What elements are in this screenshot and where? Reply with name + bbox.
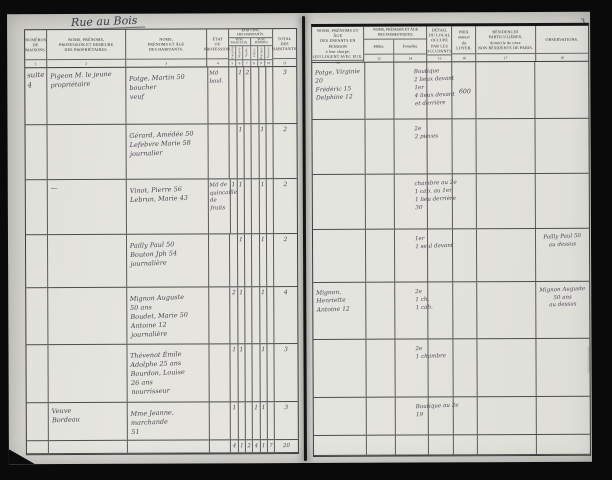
header-label: TOTAL DES HABITANTS. (273, 29, 296, 58)
rent-price-cell (453, 229, 477, 281)
total-handwriting: 3 (273, 67, 296, 77)
subcolumn-mariees: Mariées. (258, 46, 265, 59)
house-number-cell (27, 403, 49, 440)
column-total-cell: 7 (268, 440, 275, 452)
census-row: —Vinot, Pierre 56 Lebrun, Marie 43Md de … (26, 179, 297, 235)
count-handwriting: 1 (230, 179, 236, 189)
servants-subcolumns: Mâles. Femelles. (365, 39, 427, 54)
total-handwriting: 2 (274, 179, 297, 189)
children-cell (314, 398, 367, 435)
header-label: NOMS, PRÉNOMS, PROFESSION ET DEMEURE DES… (47, 30, 125, 59)
observations-handwriting: Pailly Paul 50 au dessus (536, 228, 589, 250)
total-cell: 2 (274, 124, 297, 178)
servants-males-cell (365, 120, 395, 174)
profession-cell (209, 344, 231, 401)
left-page-table: NUMÉROS DE MAISONS. 1 NOMS, PRÉNOMS, PRO… (24, 28, 299, 455)
column-total-cell: 4 (231, 440, 238, 452)
observations-cell: Mignon Auguste 50 ans au dessus (537, 282, 590, 338)
count-handwriting: 1 (260, 234, 266, 244)
header-owners: NOMS, PRÉNOMS, PROFESSION ET DEMEURE DES… (47, 30, 126, 67)
header-column-index: 17 (476, 53, 534, 61)
owner-cell (48, 235, 128, 287)
subcolumn-label: Veuves. (267, 46, 271, 58)
servants-females-label: Femelles. (394, 39, 427, 54)
rent-price-cell: 600 (452, 62, 476, 118)
count-handwriting: 1 (260, 344, 266, 354)
column-total-handwriting: 1 (260, 440, 266, 451)
house-number-cell (26, 235, 48, 287)
count-handwriting: 1 (231, 402, 237, 412)
subcolumn-garcons: Garçons. (229, 46, 236, 59)
premises-detail-cell: 2e 1 ch. 1 cab. (428, 282, 453, 338)
residences-cell (477, 339, 537, 396)
rent-price-cell (453, 282, 477, 338)
header-column-index: 7 (244, 60, 251, 66)
house-number-cell (26, 345, 48, 402)
observations-cell (536, 119, 589, 173)
inhabitants-handwriting: Thévenot Émile Adolphe 25 ans Bourdon, L… (127, 343, 209, 398)
owner-handwriting: Pigeon M. le jeune propriétaire (47, 66, 126, 90)
servants-males-label: Mâles. (365, 39, 395, 54)
rent-price-cell (454, 339, 478, 396)
profession-cell (209, 287, 231, 343)
premises-detail-cell: 2e 1 chambre (429, 339, 454, 396)
header-label: NOMS, PRÉNOMS ET ÂGE DES HABITANTS. (126, 29, 206, 58)
owner-cell (47, 125, 127, 179)
inhabitants-handwriting: Gérard, Amédée 50 Lefebvre Marie 58 jour… (126, 123, 208, 159)
total-cell: 3 (273, 67, 296, 123)
subcolumn-veufs: Veufs. (244, 46, 251, 59)
count-handwriting: 2 (244, 67, 250, 77)
sexe-feminin-label: SEXE FÉMININ. (251, 38, 273, 45)
total-cell: 3 (275, 344, 298, 401)
totals-row: 41241720 (27, 440, 298, 454)
right-table-header: NOMS, PRÉNOMS ET ÂGE DES ENFANTS EN PENS… (312, 26, 588, 63)
servants-males-cell (366, 340, 396, 397)
inhabitants-cell: Mme Jeanne, marchande 51 (128, 402, 210, 439)
total-handwriting: 4 (274, 287, 297, 297)
left-table-body: suite 4Pigeon M. le jeune propriétairePo… (25, 67, 298, 454)
column-total-handwriting: 4 (253, 440, 259, 451)
header-column-index: 1 (25, 59, 46, 67)
column-total-cell: 1 (260, 440, 267, 452)
count-handwriting: 1 (238, 344, 244, 354)
observations-cell: Pailly Paul 50 au dessus (536, 229, 589, 281)
children-handwriting: Potge, Virginie 20 Frédéric 15 Delphine … (312, 62, 365, 104)
sexe-masculin-label: SEXE MASCULIN. (229, 38, 251, 45)
empty-cell (128, 440, 209, 452)
subcolumn-maries: Mariés. (236, 46, 243, 59)
column-total-cell: 1 (239, 440, 246, 452)
servants-males-cell (365, 175, 395, 229)
header-rent-price: PRIX annuel du LOYER. 16 (453, 26, 477, 61)
census-row: chambre au 2e 1 cab. au 1er 1 lieu derri… (313, 174, 589, 230)
header-column-index: 4 (207, 58, 228, 66)
count-handwriting: 1 (260, 287, 266, 297)
profession-cell: Md de quincaille de fruits (208, 179, 230, 233)
count-handwriting: 1 (238, 234, 244, 244)
count-handwriting: 2 (231, 287, 237, 297)
profession-handwriting: Md boul. (208, 67, 230, 86)
profession-handwriting: Md de quincaille de fruits (208, 179, 230, 214)
count-handwriting: 1 (238, 287, 244, 297)
owner-cell (48, 288, 128, 344)
house-number-cell (26, 288, 48, 344)
observations-handwriting: Mignon Auguste 50 ans au dessus (536, 281, 590, 311)
count-handwriting: 1 (260, 402, 266, 412)
rent-price-handwriting: 600 (452, 62, 475, 97)
census-row: Pailly Paul 50 Bouton Jph 54 journalière… (26, 234, 297, 288)
census-row: 1er 1 seul devantPailly Paul 50 au dessu… (313, 229, 589, 283)
owner-handwriting: — (47, 178, 126, 193)
premises-detail-cell: Boutique 2 lieux devant 1er 4 lieux deva… (427, 62, 452, 118)
census-row: 2e 2 pièces (312, 119, 588, 175)
count-handwriting: 1 (237, 67, 243, 77)
grand-total-cell: 20 (275, 440, 298, 452)
empty-cell (396, 435, 429, 454)
subcolumn-label: Filles. (252, 47, 256, 57)
servants-title: NOMS, PRÉNOMS ET ÂGE DES DOMESTIQUES. (365, 26, 427, 39)
owner-cell: Pigeon M. le jeune propriétaire (47, 68, 127, 124)
empty-cell (27, 441, 49, 453)
servants-males-cell (366, 283, 396, 339)
right-page-table: NOMS, PRÉNOMS ET ÂGE DES ENFANTS EN PENS… (311, 23, 591, 457)
total-cell: 2 (274, 179, 297, 233)
observations-cell (537, 397, 590, 434)
profession-cell (209, 234, 231, 286)
servants-males-cell (365, 63, 395, 119)
count-handwriting: 1 (259, 124, 265, 134)
house-number-handwriting: suite 4 (25, 68, 47, 91)
total-handwriting: 2 (274, 234, 297, 244)
empty-cell (429, 435, 454, 454)
premises-detail-cell: 2e 2 pièces (428, 119, 453, 173)
children-cell: Potge, Virginie 20 Frédéric 15 Delphine … (312, 63, 365, 119)
premises-detail-cell: chambre au 2e 1 cab. au 1er 1 lieu derri… (428, 174, 453, 228)
header-etat-civil: ÉTAT CIVIL DES HABITANTS. SEXE MASCULIN.… (229, 29, 273, 66)
residences-cell (476, 119, 536, 173)
profession-cell: Md boul. (208, 67, 230, 123)
premises-detail-cell: 1er 1 seul devant (428, 229, 453, 281)
etat-civil-subcolumns: Garçons. Mariés. Veufs. Filles. Mariées.… (229, 46, 272, 59)
street-title-handwritten: Rue au Bois (69, 13, 146, 30)
residences-cell (477, 229, 537, 281)
inhabitants-handwriting: Pailly Paul 50 Bouton Jph 54 journalière (127, 233, 209, 269)
inhabitants-handwriting: Mme Jeanne, marchande 51 (127, 401, 209, 437)
column-total-handwriting: 4 (231, 440, 237, 451)
inhabitants-cell: Mignon Auguste 50 ans Boudet, Marie 50 A… (127, 287, 209, 343)
column-total-handwriting: 1 (239, 440, 245, 451)
census-row: Veuve BordeauMme Jeanne, marchande 51111… (27, 402, 298, 441)
subcolumn-label: Mariées. (259, 46, 263, 59)
column-total-handwriting: 2 (246, 440, 252, 451)
children-cell (313, 340, 366, 397)
header-column-index: 6 (236, 60, 243, 66)
header-label: DÉTAIL DU LOCAL OCCUPÉ PAR LES OCCUPANTS… (428, 26, 452, 54)
owner-cell: — (48, 180, 128, 234)
empty-cell (49, 441, 128, 453)
profession-cell (208, 124, 230, 178)
empty-cell (454, 435, 478, 454)
header-column-index: 13 (365, 55, 395, 62)
header-column-index: 15 (428, 54, 452, 61)
left-table-header: NUMÉROS DE MAISONS. 1 NOMS, PRÉNOMS, PRO… (25, 29, 296, 68)
total-cell: 3 (275, 402, 298, 439)
observations-cell (536, 174, 589, 228)
header-column-index: 11 (273, 58, 296, 66)
inhabitants-cell: Gérard, Amédée 50 Lefebvre Marie 58 jour… (127, 124, 209, 178)
header-observations: OBSERVATIONS. 18 (536, 26, 589, 61)
header-column-index: 14 (394, 55, 426, 62)
header-label: NOMS, PRÉNOMS ET ÂGE DES ENFANTS EN PENS… (312, 27, 364, 60)
owner-cell (48, 345, 128, 402)
empty-cell (210, 440, 232, 452)
count-handwriting: 1 (259, 179, 265, 189)
inhabitants-cell: Potge, Martin 50 boucher veuf (127, 67, 209, 123)
residences-cell (477, 282, 537, 338)
header-column-index: 8 (251, 60, 258, 66)
rent-price-cell (454, 397, 478, 434)
census-row: 2e 1 chambre (313, 339, 589, 398)
owner-cell: Veuve Bordeau (49, 403, 129, 440)
children-handwriting: Mignon, Henriette Antoine 12 (313, 282, 366, 315)
residences-cell (476, 62, 536, 118)
premises-detail-cell: Boutique au 2e 19 (429, 397, 454, 434)
census-row: Mignon, Henriette Antoine 122e 1 ch. 1 c… (313, 282, 589, 340)
profession-cell (209, 402, 231, 439)
census-row: suite 4Pigeon M. le jeune propriétairePo… (25, 67, 296, 125)
census-row: Boutique au 2e 19 (314, 397, 590, 436)
inhabitants-handwriting: Mignon Auguste 50 ans Boudet, Marie 50 A… (127, 286, 209, 341)
empty-cell (314, 436, 367, 455)
inhabitants-cell: Thévenot Émile Adolphe 25 ans Bourdon, L… (128, 344, 210, 401)
census-row: Mignon Auguste 50 ans Boudet, Marie 50 A… (26, 287, 297, 345)
census-row: Potge, Virginie 20 Frédéric 15 Delphine … (312, 62, 588, 120)
scanned-census-register: Rue au Bois 3 NUMÉROS DE MAISONS. 1 NOMS… (0, 0, 612, 480)
rent-price-cell (453, 174, 477, 228)
header-column-index: 10 (265, 60, 272, 66)
residences-cell (478, 397, 538, 434)
servants-males-cell (366, 230, 396, 282)
column-total-cell: 4 (253, 440, 260, 452)
header-label: RÉSIDENCES PARTICULIÈRES, domicile de ce… (476, 26, 534, 53)
header-label: PRIX annuel du LOYER. (453, 26, 476, 53)
header-house-numbers: NUMÉROS DE MAISONS. 1 (25, 30, 47, 67)
rent-price-cell (453, 119, 477, 173)
etat-civil-sex-band: SEXE MASCULIN. SEXE FÉMININ. (229, 38, 272, 46)
inhabitants-cell: Pailly Paul 50 Bouton Jph 54 journalière (127, 234, 209, 286)
total-handwriting: 3 (275, 402, 298, 412)
empty-cell (478, 435, 538, 454)
paper-sheet: Rue au Bois 3 NUMÉROS DE MAISONS. 1 NOMS… (7, 12, 592, 465)
header-label: OBSERVATIONS. (536, 26, 589, 53)
empty-cell (537, 435, 590, 454)
subcolumn-label: Veufs. (245, 48, 249, 58)
house-number-cell: suite 4 (25, 68, 47, 124)
header-label: ÉTAT OU PROFESSION. (207, 29, 228, 58)
column-total-handwriting: 7 (268, 440, 274, 451)
children-cell (313, 175, 366, 229)
total-handwriting: 3 (275, 344, 298, 354)
subcolumn-label: Mariés. (237, 47, 241, 58)
empty-tail-row (314, 435, 590, 456)
page-gutter-fold (302, 16, 307, 461)
inhabitants-handwriting: Potge, Martin 50 boucher veuf (126, 66, 208, 102)
header-column-index: 9 (258, 60, 265, 66)
owner-handwriting: Veuve Bordeau (48, 401, 127, 425)
empty-cell (366, 436, 396, 455)
observations-cell (536, 62, 589, 118)
header-servants: NOMS, PRÉNOMS ET ÂGE DES DOMESTIQUES. Mâ… (365, 26, 428, 61)
children-cell: Mignon, Henriette Antoine 12 (313, 283, 366, 339)
count-handwriting: 1 (238, 179, 244, 189)
subcolumn-filles: Filles. (251, 46, 258, 59)
house-number-cell (26, 180, 48, 234)
header-column-index: 16 (453, 53, 476, 61)
header-total: TOTAL DES HABITANTS. 11 (273, 29, 296, 66)
header-private-residences: RÉSIDENCES PARTICULIÈRES, domicile de ce… (476, 26, 536, 61)
header-label: NUMÉROS DE MAISONS. (25, 30, 46, 59)
total-handwriting: 2 (274, 124, 297, 134)
servants-males-cell (366, 398, 396, 435)
header-column-index: 18 (536, 53, 588, 61)
etat-civil-indexes: 5 6 7 8 9 10 (229, 59, 272, 67)
children-cell (312, 120, 365, 174)
subcolumn-label: Garçons. (230, 46, 234, 59)
servants-indexes: 13 14 (365, 54, 427, 62)
header-premises-detail: DÉTAIL DU LOCAL OCCUPÉ PAR LES OCCUPANTS… (428, 26, 453, 61)
header-children-boarders: NOMS, PRÉNOMS ET ÂGE DES ENFANTS EN PENS… (312, 27, 365, 62)
total-cell: 4 (274, 287, 297, 343)
house-number-cell (26, 125, 48, 179)
inhabitants-cell: Vinot, Pierre 56 Lebrun, Marie 43 (127, 179, 209, 233)
residences-cell (477, 174, 537, 228)
header-inhabitants: NOMS, PRÉNOMS ET ÂGE DES HABITANTS. 3 (126, 29, 207, 66)
column-total-cell: 2 (246, 440, 253, 452)
observations-cell (537, 339, 590, 396)
right-table-body: Potge, Virginie 20 Frédéric 15 Delphine … (312, 62, 590, 456)
inhabitants-handwriting: Vinot, Pierre 56 Lebrun, Marie 43 (127, 178, 208, 205)
count-handwriting: 1 (253, 402, 259, 412)
header-profession: ÉTAT OU PROFESSION. 4 (207, 29, 229, 66)
count-handwriting: 1 (237, 124, 243, 134)
census-row: Thévenot Émile Adolphe 25 ans Bourdon, L… (26, 344, 297, 403)
header-column-index: 5 (229, 60, 236, 66)
count-handwriting: 1 (231, 344, 237, 354)
children-cell (313, 230, 366, 282)
census-row: Gérard, Amédée 50 Lefebvre Marie 58 jour… (26, 124, 297, 180)
total-cell: 2 (274, 234, 297, 286)
grand-total-handwriting: 20 (275, 440, 298, 451)
